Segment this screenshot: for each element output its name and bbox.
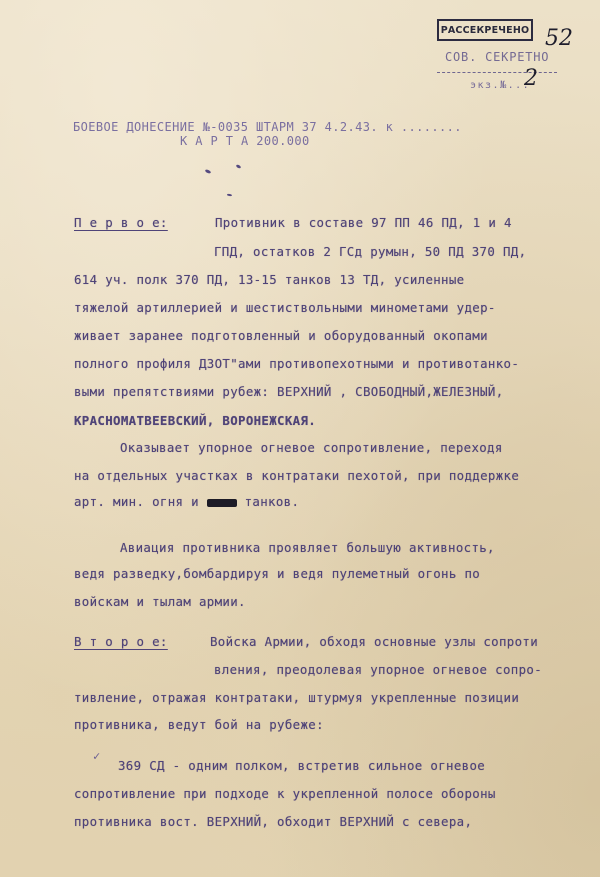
ink-speck — [227, 194, 232, 197]
section-first-text-line: полного профиля ДЗОТ"ами противопехотным… — [74, 356, 519, 371]
section-second-label-line: В т о р о е: — [74, 634, 168, 649]
declassified-stamp-text: РАССЕКРЕЧЕНО — [441, 25, 530, 36]
section-second-text-line: вления, преодолевая упорное огневое сопр… — [214, 662, 542, 677]
section-first-para2-line: Оказывает упорное огневое сопротивление,… — [120, 440, 503, 455]
division-369-line: противника вост. ВЕРХНИЙ, обходит ВЕРХНИ… — [74, 814, 472, 829]
section-second-label: В т о р о е: — [74, 634, 168, 649]
division-369-line: 369 СД - одним полком, встретив сильное … — [118, 758, 485, 773]
section-first-para2-line-3: арт. мин. огня и танков. — [74, 494, 299, 509]
map-scale-line: К А Р Т А 200.000 — [180, 134, 310, 148]
classification-label: СОВ. СЕКРЕТНО — [445, 50, 549, 64]
section-first-para3-line: войскам и тылам армии. — [74, 594, 246, 609]
section-first-text-line: живает заранее подготовленный и оборудов… — [74, 328, 488, 343]
section-first-text-line: КРАСНОМАТВЕЕВСКИЙ, ВОРОНЕЖСКАЯ. — [74, 413, 316, 428]
classification-divider — [437, 72, 557, 73]
report-title: БОЕВОЕ ДОНЕСЕНИЕ №-0035 ШТАРМ 37 4.2.43.… — [73, 120, 462, 134]
section-first-para2-line: на отдельных участках в контратаки пехот… — [74, 468, 519, 483]
section-first-text-line: 614 уч. полк 370 ПД, 13-15 танков 13 ТД,… — [74, 272, 465, 287]
section-second-text-line: противника, ведут бой на рубеже: — [74, 717, 324, 732]
ink-speck — [236, 164, 242, 169]
section-second-text-line: тивление, отражая контратаки, штурмуя ук… — [74, 690, 519, 705]
section-first-line-1: П е р в о е: — [74, 215, 168, 230]
section-first-para3-line: ведя разведку,бомбардируя и ведя пулемет… — [74, 566, 480, 581]
para2-text-before-redaction: арт. мин. огня и — [74, 494, 199, 509]
copy-number-label: экз.№... — [470, 80, 530, 91]
section-first-para3-line: Авиация противника проявляет большую акт… — [120, 540, 495, 555]
section-first-text-line: ГПД, остатков 2 ГСд румын, 50 ПД 370 ПД, — [214, 244, 526, 259]
checkmark-icon: ✓ — [93, 749, 100, 763]
handwritten-copy-number: 2 — [524, 66, 538, 91]
section-first-label: П е р в о е: — [74, 215, 168, 230]
section-first-text-line: выми препятствиями рубеж: ВЕРХНИЙ , СВОБ… — [74, 384, 504, 399]
section-first-text-line: Противник в составе 97 ПП 46 ПД, 1 и 4 — [215, 215, 512, 230]
archival-document-page: РАССЕКРЕЧЕНО 52 СОВ. СЕКРЕТНО экз.№... 2… — [0, 0, 600, 877]
ink-speck — [205, 169, 212, 174]
declassified-stamp: РАССЕКРЕЧЕНО — [437, 19, 533, 41]
handwritten-page-number: 52 — [545, 26, 573, 51]
redaction-mark — [207, 499, 237, 507]
para2-text-after-redaction: танков. — [245, 494, 300, 509]
section-second-text-line: Войска Армии, обходя основные узлы сопро… — [210, 634, 538, 649]
section-first-text-line: тяжелой артиллерией и шестиствольными ми… — [74, 300, 496, 315]
division-369-line: сопротивление при подходе к укрепленной … — [74, 786, 496, 801]
